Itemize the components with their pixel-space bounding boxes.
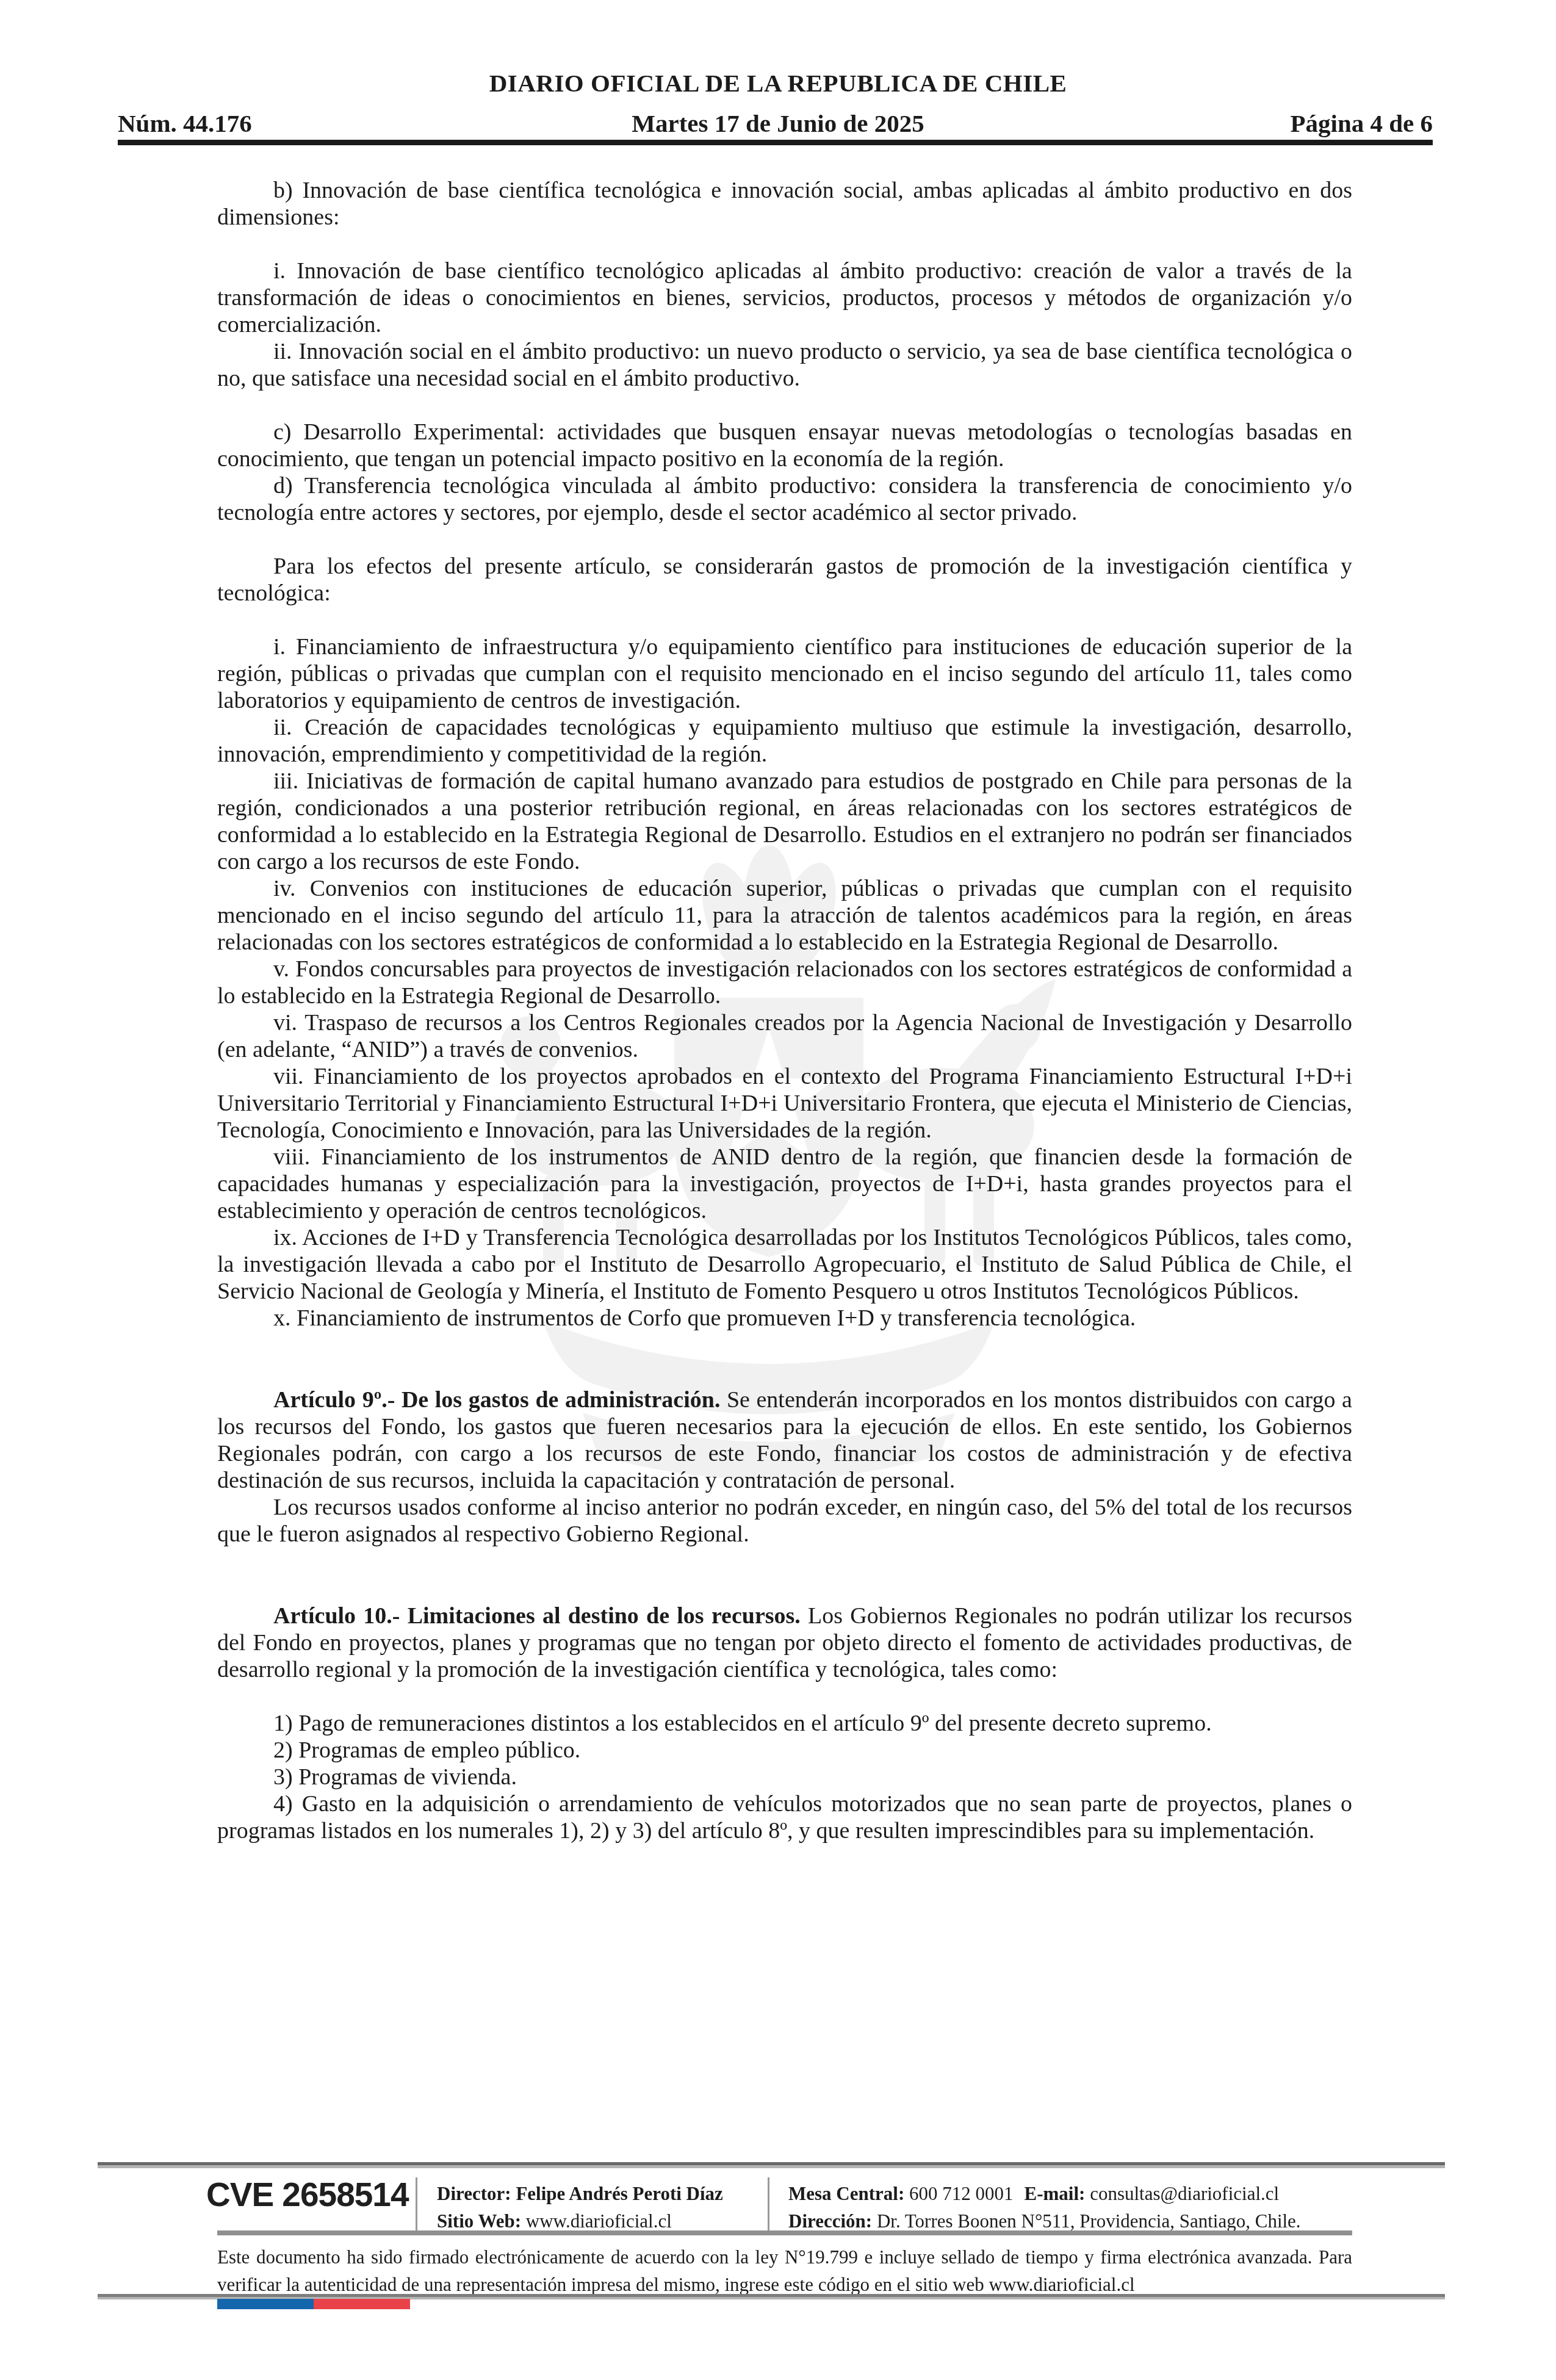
paragraph: 4) Gasto en la adquisición o arrendamien… [217, 1790, 1352, 1844]
article-heading: Artículo 10.- Limitaciones al destino de… [273, 1603, 801, 1629]
footer-contact-block: Mesa Central: 600 712 0001E-mail: consul… [788, 2180, 1301, 2235]
footer-divider [768, 2177, 769, 2231]
paragraph: Artículo 10.- Limitaciones al destino de… [217, 1603, 1352, 1683]
flag-red-block [314, 2299, 410, 2309]
paragraph: ii. Creación de capacidades tecnológicas… [217, 714, 1352, 768]
mesa-central-value: 600 712 0001 [909, 2183, 1014, 2204]
footer-director-block: Director: Felipe Andrés Peroti Díaz Siti… [437, 2180, 723, 2235]
article-heading: Artículo 9º.- De los gastos de administr… [273, 1387, 720, 1413]
paragraph: Para los efectos del presente artículo, … [217, 553, 1352, 607]
footer-top-rule [98, 2162, 1445, 2168]
masthead-title: DIARIO OFICIAL DE LA REPUBLICA DE CHILE [0, 68, 1556, 98]
paragraph: viii. Financiamiento de los instrumentos… [217, 1144, 1352, 1224]
paragraph: c) Desarrollo Experimental: actividades … [217, 419, 1352, 472]
legal-notice: Este documento ha sido firmado electróni… [217, 2243, 1352, 2298]
cve-code: CVE 2658514 [206, 2175, 409, 2214]
paragraph: b) Innovación de base científica tecnoló… [217, 177, 1352, 231]
sitioweb-label: Sitio Web: [437, 2210, 521, 2232]
paragraph: 1) Pago de remuneraciones distintos a lo… [217, 1710, 1352, 1737]
mesa-central-label: Mesa Central: [788, 2183, 904, 2204]
paragraph: 3) Programas de vivienda. [217, 1764, 1352, 1790]
header-rule [118, 140, 1433, 145]
email-value: consultas@diarioficial.cl [1090, 2183, 1279, 2204]
flag-blue-block [217, 2299, 314, 2309]
paragraph: vii. Financiamiento de los proyectos apr… [217, 1063, 1352, 1144]
paragraph: iii. Iniciativas de formación de capital… [217, 768, 1352, 875]
paragraph: 2) Programas de empleo público. [217, 1737, 1352, 1764]
gobierno-de-chile-flag-mark [217, 2299, 410, 2309]
paragraph: ii. Innovación social en el ámbito produ… [217, 338, 1352, 392]
paragraph: ix. Acciones de I+D y Transferencia Tecn… [217, 1224, 1352, 1305]
paragraph: vi. Traspaso de recursos a los Centros R… [217, 1009, 1352, 1063]
diario-oficial-page: { "header": { "title": "DIARIO OFICIAL D… [0, 0, 1556, 2380]
paragraph: i. Financiamiento de infraestructura y/o… [217, 633, 1352, 714]
paragraph: v. Fondos concursables para proyectos de… [217, 956, 1352, 1009]
paragraph: d) Transferencia tecnológica vinculada a… [217, 472, 1352, 526]
footer-middle-rule [217, 2230, 1352, 2235]
footer-director-line: Director: Felipe Andrés Peroti Díaz [437, 2180, 723, 2207]
paragraph: Los recursos usados conforme al inciso a… [217, 1494, 1352, 1548]
paragraph: iv. Convenios con instituciones de educa… [217, 875, 1352, 956]
page-indicator: Página 4 de 6 [1291, 109, 1433, 138]
director-label: Director: [437, 2183, 511, 2204]
direccion-label: Dirección: [788, 2210, 872, 2232]
footer-mesa-line: Mesa Central: 600 712 0001E-mail: consul… [788, 2180, 1301, 2207]
document-body: b) Innovación de base científica tecnoló… [217, 177, 1352, 1844]
footer-divider [416, 2177, 417, 2231]
direccion-value: Dr. Torres Boonen N°511, Providencia, Sa… [877, 2210, 1301, 2232]
email-label: E-mail: [1025, 2183, 1086, 2204]
paragraph: x. Financiamiento de instrumentos de Cor… [217, 1305, 1352, 1332]
sitioweb-value: www.diarioficial.cl [526, 2210, 672, 2232]
paragraph: Artículo 9º.- De los gastos de administr… [217, 1387, 1352, 1494]
director-value: Felipe Andrés Peroti Díaz [516, 2183, 723, 2204]
paragraph: i. Innovación de base científico tecnoló… [217, 258, 1352, 338]
